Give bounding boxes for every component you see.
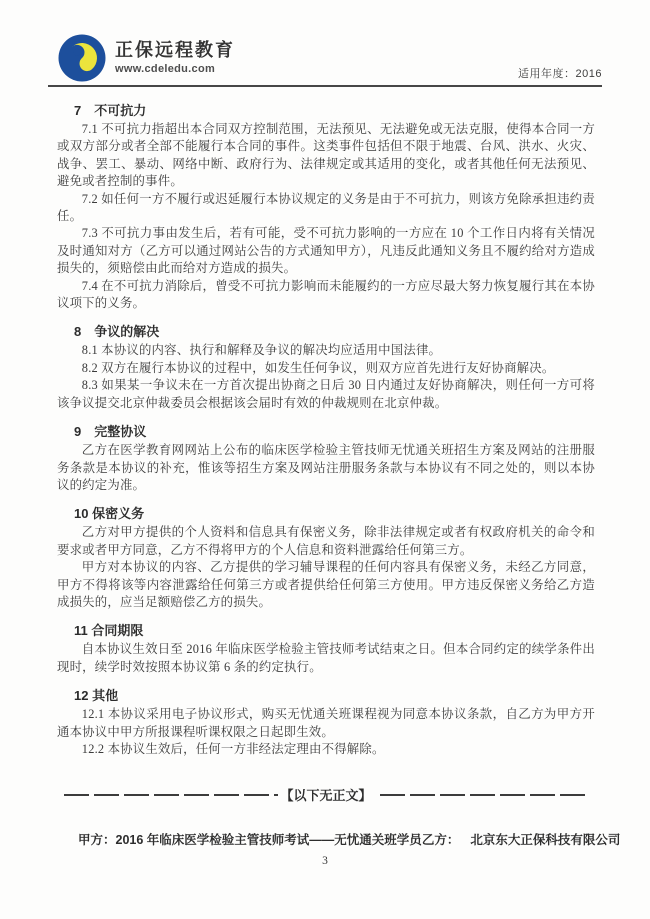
contract-paragraph: 7.2 如任何一方不履行或迟延履行本协议规定的义务是由于不可抗力，则该方免除承担…	[57, 191, 595, 226]
dash-line-right	[375, 794, 589, 796]
contract-paragraph: 8.2 双方在履行本协议的过程中，如发生任何争议，则双方应首先进行友好协商解决。	[57, 360, 595, 377]
section-7-force-majeure: 7 不可抗力 7.1 不可抗力指超出本合同双方控制范围，无法预见、无法避免或无法…	[57, 100, 595, 312]
contract-paragraph: 7.4 在不可抗力消除后，曾受不可抗力影响而未能履约的一方应尽最大努力恢复履行其…	[57, 278, 595, 313]
brand-url: www.cdeledu.com	[115, 63, 235, 75]
section-heading: 7 不可抗力	[57, 100, 595, 119]
signature-line: 甲方： 2016 年临床医学检验主管技师考试——无忧通关班学员 乙方： 北京东大…	[78, 830, 600, 848]
contract-body: 7 不可抗力 7.1 不可抗力指超出本合同双方控制范围，无法预见、无法避免或无法…	[0, 87, 650, 758]
contract-paragraph: 7.3 不可抗力事由发生后，若有可能，受不可抗力影响的一方应在 10 个工作日内…	[57, 225, 595, 277]
brand-block: 正保远程教育 www.cdeledu.com	[58, 34, 235, 82]
applicable-year-label: 适用年度：2016	[518, 65, 602, 82]
contract-paragraph: 12.2 本协议生效后，任何一方非经法定理由不得解除。	[57, 741, 595, 758]
end-of-text-label: 【以下无正文】	[281, 785, 372, 804]
party-a-name: 2016 年临床医学检验主管技师考试——无忧通关班学员	[116, 830, 422, 848]
section-heading: 12 其他	[57, 685, 595, 704]
contract-paragraph: 8.3 如果某一争议未在一方首次提出协商之日后 30 日内通过友好协商解决，则任…	[57, 377, 595, 412]
page-number: 3	[0, 855, 650, 867]
section-heading: 9 完整协议	[57, 421, 595, 440]
contract-document-page: 正保远程教育 www.cdeledu.com 适用年度：2016 7 不可抗力 …	[0, 0, 650, 919]
section-10-confidentiality: 10 保密义务 乙方对甲方提供的个人资料和信息具有保密义务，除非法律规定或者有权…	[57, 503, 595, 611]
contract-paragraph: 8.1 本协议的内容、执行和解释及争议的解决均应适用中国法律。	[57, 342, 595, 359]
brand-name: 正保远程教育	[115, 41, 235, 61]
contract-paragraph: 7.1 不可抗力指超出本合同双方控制范围，无法预见、无法避免或无法克服，使得本合…	[57, 121, 595, 191]
section-8-dispute-resolution: 8 争议的解决 8.1 本协议的内容、执行和解释及争议的解决均应适用中国法律。 …	[57, 321, 595, 412]
section-12-miscellaneous: 12 其他 12.1 本协议采用电子协议形式，购买无忧通关班课程视为同意本协议条…	[57, 685, 595, 758]
header-row: 正保远程教育 www.cdeledu.com 适用年度：2016	[48, 34, 602, 82]
zhengbao-logo-icon	[58, 34, 106, 82]
party-a-label: 甲方：	[78, 830, 116, 848]
dash-line-left	[64, 794, 278, 796]
contract-paragraph: 乙方对甲方提供的个人资料和信息具有保密义务，除非法律规定或者有权政府机关的命令和…	[57, 524, 595, 559]
party-b-name: 北京东大正保科技有限公司	[470, 830, 620, 848]
brand-text: 正保远程教育 www.cdeledu.com	[115, 41, 235, 75]
contract-paragraph: 12.1 本协议采用电子协议形式，购买无忧通关班课程视为同意本协议条款，自乙方为…	[57, 706, 595, 741]
contract-paragraph: 乙方在医学教育网网站上公布的临床医学检验主管技师无忧通关班招生方案及网站的注册服…	[57, 442, 595, 494]
section-9-entire-agreement: 9 完整协议 乙方在医学教育网网站上公布的临床医学检验主管技师无忧通关班招生方案…	[57, 421, 595, 494]
page-header: 正保远程教育 www.cdeledu.com 适用年度：2016	[48, 0, 602, 87]
end-of-text-separator: 【以下无正文】	[64, 785, 588, 804]
section-heading: 10 保密义务	[57, 503, 595, 522]
section-heading: 8 争议的解决	[57, 321, 595, 340]
contract-paragraph: 甲方对本协议的内容、乙方提供的学习辅导课程的任何内容具有保密义务，未经乙方同意，…	[57, 559, 595, 611]
party-b-label: 乙方：	[422, 830, 460, 848]
section-heading: 11 合同期限	[57, 620, 595, 639]
contract-paragraph: 自本协议生效日至 2016 年临床医学检验主管技师考试结束之日。但本合同约定的续…	[57, 641, 595, 676]
section-11-contract-term: 11 合同期限 自本协议生效日至 2016 年临床医学检验主管技师考试结束之日。…	[57, 620, 595, 676]
